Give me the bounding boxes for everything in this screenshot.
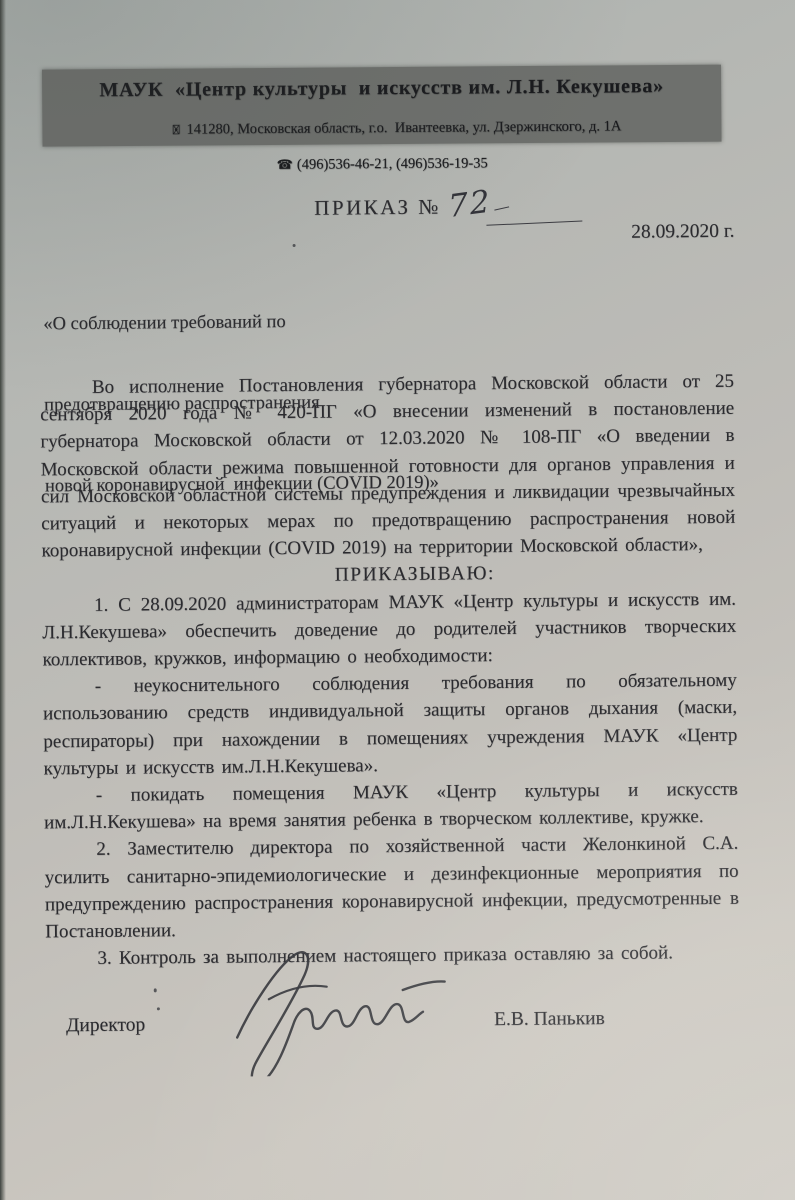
handwritten-signature xyxy=(206,940,447,1077)
subject-line: «О соблюдении требований по xyxy=(43,308,437,339)
ink-dot xyxy=(154,988,157,992)
ink-dot xyxy=(293,244,296,247)
phone-icon: ☎ xyxy=(277,157,293,173)
letterhead-band: МАУК «Центр культуры и искусств им. Л.Н.… xyxy=(42,65,722,147)
ink-dot xyxy=(212,958,214,960)
order-item-1-bullet-2: - покидать помещения МАУК «Центр культур… xyxy=(44,776,738,837)
order-item-1: 1. С 28.09.2020 администраторам МАУК «Це… xyxy=(42,585,737,673)
order-body: Во исполнение Постановления губернатора … xyxy=(40,368,740,973)
organization-name: МАУК «Центр культуры и искусств им. Л.Н.… xyxy=(42,75,721,103)
order-date: 28.09.2020 г. xyxy=(631,221,735,244)
order-title-label: ПРИКАЗ № xyxy=(314,195,441,220)
order-item-1-bullet-1: - неукоснительного соблюдения требования… xyxy=(43,667,738,782)
address-text: 141280, Московская область, г.о. Ивантее… xyxy=(186,118,621,137)
organization-phones: ☎(496)536-46-21, (496)536-19-35 xyxy=(43,154,722,176)
ink-dot xyxy=(157,1007,160,1010)
signature-name: Е.В. Панькив xyxy=(494,1008,605,1031)
handwritten-order-number: 72 xyxy=(448,183,493,225)
preamble-paragraph: Во исполнение Постановления губернатора … xyxy=(40,368,736,565)
organization-address: ✉141280, Московская область, г.о. Иванте… xyxy=(42,101,721,157)
mail-icon: ✉ xyxy=(169,124,185,135)
handwritten-seven-crossbar xyxy=(494,206,509,210)
order-title: ПРИКАЗ №72 xyxy=(314,185,492,223)
order-item-2: 2. Заместителю директора по хозяйственно… xyxy=(44,830,739,945)
order-number-underline xyxy=(486,221,582,226)
ink-dot xyxy=(206,959,208,961)
phones-text: (496)536-46-21, (496)536-19-35 xyxy=(297,155,488,172)
order-document: МАУК «Центр культуры и искусств им. Л.Н.… xyxy=(0,0,795,1200)
signature-role: Директор xyxy=(66,1014,145,1037)
scanned-document-photo: МАУК «Центр культуры и искусств им. Л.Н.… xyxy=(0,0,795,1200)
